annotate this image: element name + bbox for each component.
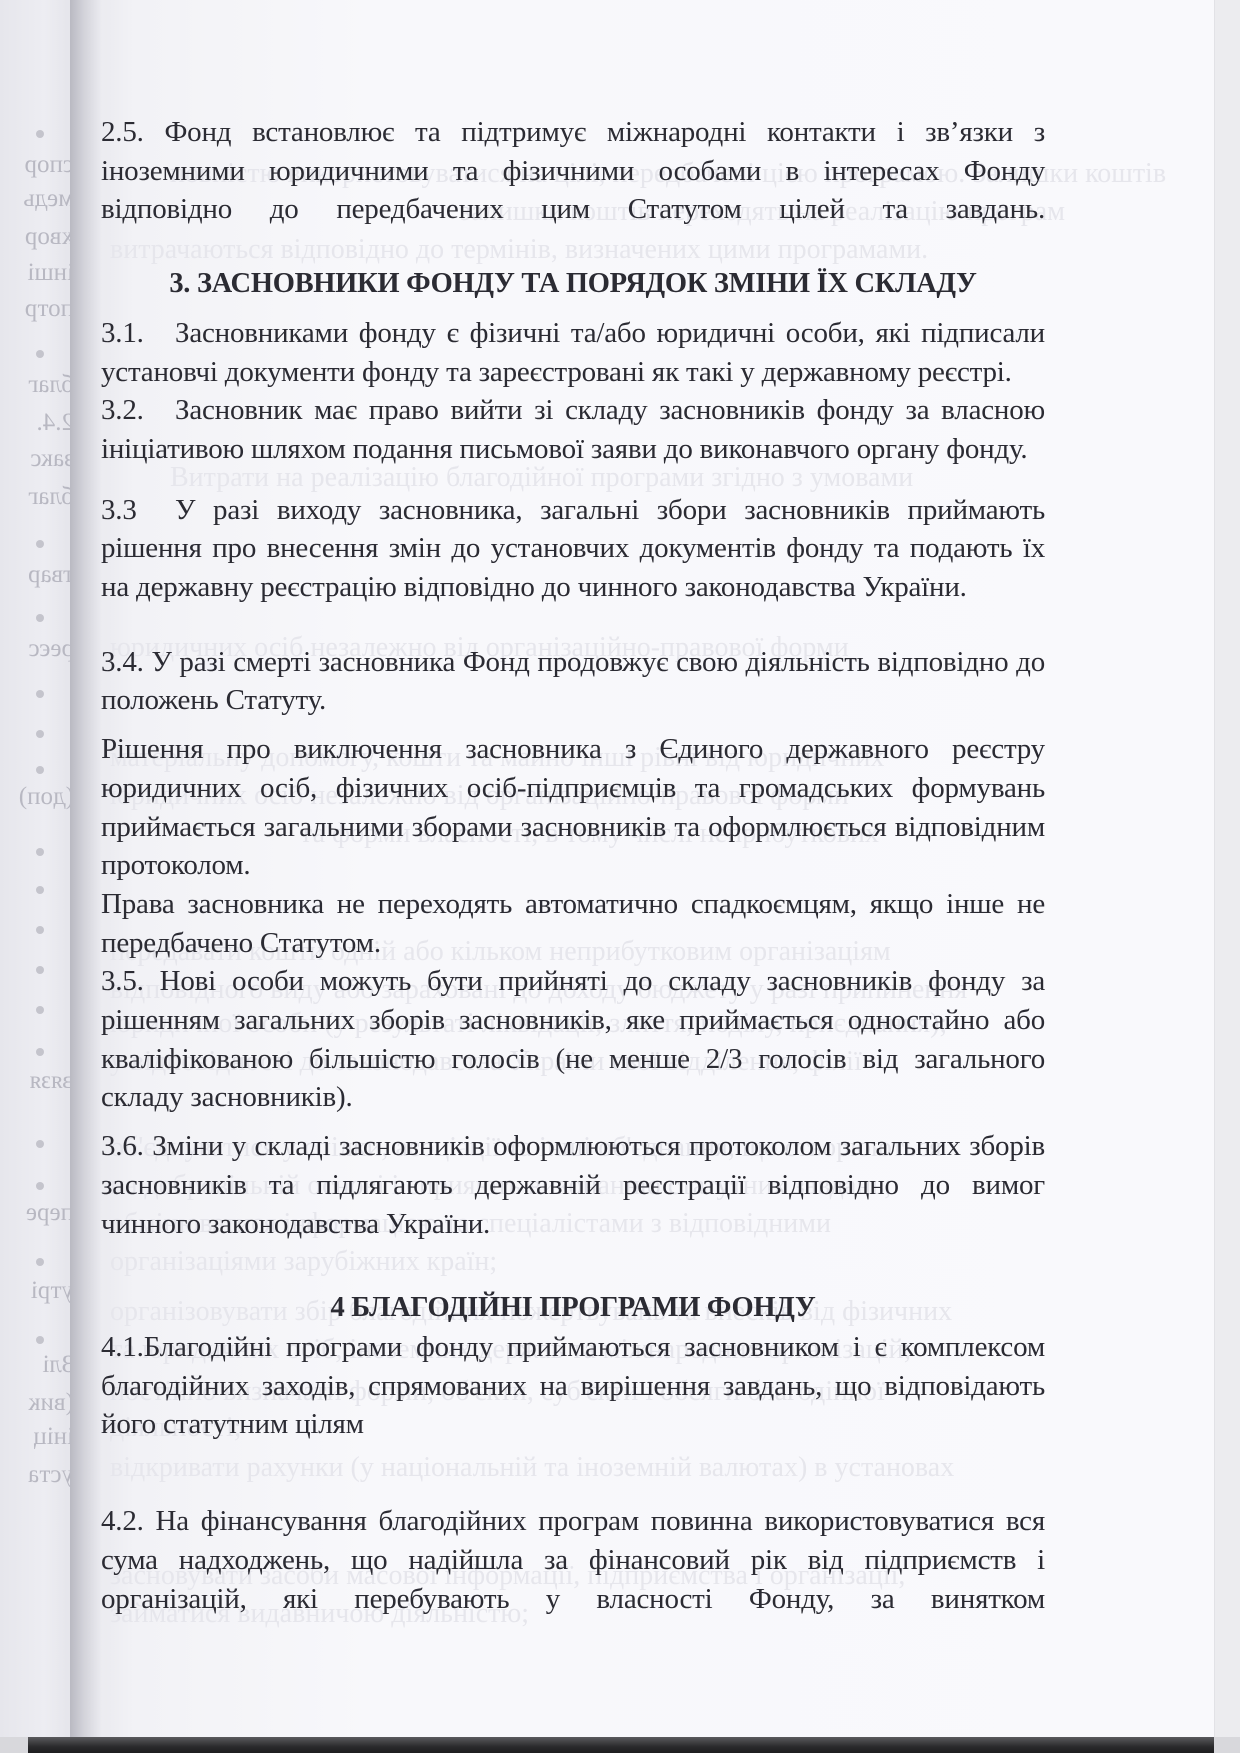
paragraph-2-5: 2.5. Фонд встановлює та підтримує міжнар…: [101, 113, 1045, 229]
adjacent-bullet-icon: [36, 1006, 44, 1014]
adjacent-bullet-icon: [36, 1182, 44, 1190]
adjacent-page-edge: спормедьхворіншіпотрблаг2.4.заксблагтвар…: [0, 0, 74, 1737]
adjacent-bullet-icon: [36, 130, 44, 138]
adjacent-bullet-icon: [36, 730, 44, 738]
adjacent-page-fragment: (доп): [0, 784, 74, 809]
adjacent-bullet-icon: [36, 1258, 44, 1266]
clause-3-1: 3.1.Засновниками фонду є фізичні та/або …: [101, 314, 1045, 391]
adjacent-bullet-icon: [36, 614, 44, 622]
scanned-document-page: спормедьхворіншіпотрблаг2.4.заксблагтвар…: [0, 0, 1240, 1753]
adjacent-bullet-icon: [36, 1336, 44, 1344]
paragraph-founder-rights: Права засновника не переходять автоматич…: [101, 885, 1045, 962]
adjacent-bullet-icon: [36, 540, 44, 548]
adjacent-bullet-icon: [36, 690, 44, 698]
clause-text: Засновник має право вийти зі складу засн…: [101, 394, 1045, 465]
adjacent-page-fragment: спор: [0, 152, 74, 177]
clause-number: 3.1.: [101, 314, 175, 353]
clause-3-2: 3.2.Засновник має право вийти зі складу …: [101, 391, 1045, 468]
paragraph-4-2: 4.2. На фінансування благодійних програм…: [101, 1502, 1045, 1618]
paragraph-3-6: 3.6. Зміни у складі засновників оформлюю…: [101, 1127, 1045, 1243]
adjacent-page-fragment: медь: [0, 186, 74, 211]
adjacent-page-fragment: 2.4.: [0, 410, 74, 435]
scanner-bottom-edge: [0, 1737, 1240, 1753]
adjacent-page-fragment: пере: [0, 1200, 74, 1225]
clause-number: 3.3: [101, 491, 175, 530]
paragraph-founder-exclusion: Рішення про виключення засновника з Єдин…: [101, 730, 1045, 885]
adjacent-bullet-icon: [36, 966, 44, 974]
paragraph-4-1: 4.1.Благодійні програми фонду приймаютьс…: [101, 1328, 1045, 1444]
adjacent-page-fragment: ініц: [0, 1424, 74, 1449]
adjacent-page-fragment: інші: [0, 260, 74, 285]
document-body: 2.5. Фонд встановлює та підтримує міжнар…: [101, 113, 1045, 1618]
adjacent-page-fragment: хвор: [0, 224, 74, 249]
adjacent-page-fragment: утрі: [0, 1278, 74, 1303]
clause-3-3: 3.3У разі виходу засновника, загальні зб…: [101, 491, 1045, 607]
adjacent-page-fragment: твар: [0, 562, 74, 587]
clause-text: Засновниками фонду є фізичні та/або юрид…: [101, 317, 1045, 388]
adjacent-bullet-icon: [36, 1140, 44, 1148]
adjacent-page-fragment: вязя: [0, 1068, 74, 1093]
page-right-edge: [1214, 0, 1240, 1737]
adjacent-bullet-icon: [36, 848, 44, 856]
adjacent-bullet-icon: [36, 886, 44, 894]
adjacent-page-fragment: закс: [0, 446, 74, 471]
adjacent-page-fragment: Злі: [0, 1352, 74, 1377]
adjacent-page-fragment: благ: [0, 372, 74, 397]
adjacent-page-fragment: реєс: [0, 636, 74, 661]
section-4-heading: 4 БЛАГОДІЙНІ ПРОГРАМИ ФОНДУ: [101, 1289, 1045, 1328]
adjacent-page-fragment: (вик: [0, 1390, 74, 1415]
section-3-heading: 3. ЗАСНОВНИКИ ФОНДУ ТА ПОРЯДОК ЗМІНИ ЇХ …: [101, 265, 1045, 304]
adjacent-bullet-icon: [36, 1048, 44, 1056]
adjacent-page-fragment: уста: [0, 1462, 74, 1487]
paragraph-3-4: 3.4. У разі смерті засновника Фонд продо…: [101, 643, 1045, 720]
clause-text: У разі виходу засновника, загальні збори…: [101, 494, 1045, 603]
paragraph-3-5: 3.5. Нові особи можуть бути прийняті до …: [101, 962, 1045, 1117]
adjacent-page-fragment: благ: [0, 484, 74, 509]
adjacent-bullet-icon: [36, 926, 44, 934]
clause-number: 3.2.: [101, 391, 175, 430]
adjacent-bullet-icon: [36, 350, 44, 358]
adjacent-page-fragment: потр: [0, 296, 74, 321]
adjacent-bullet-icon: [36, 766, 44, 774]
